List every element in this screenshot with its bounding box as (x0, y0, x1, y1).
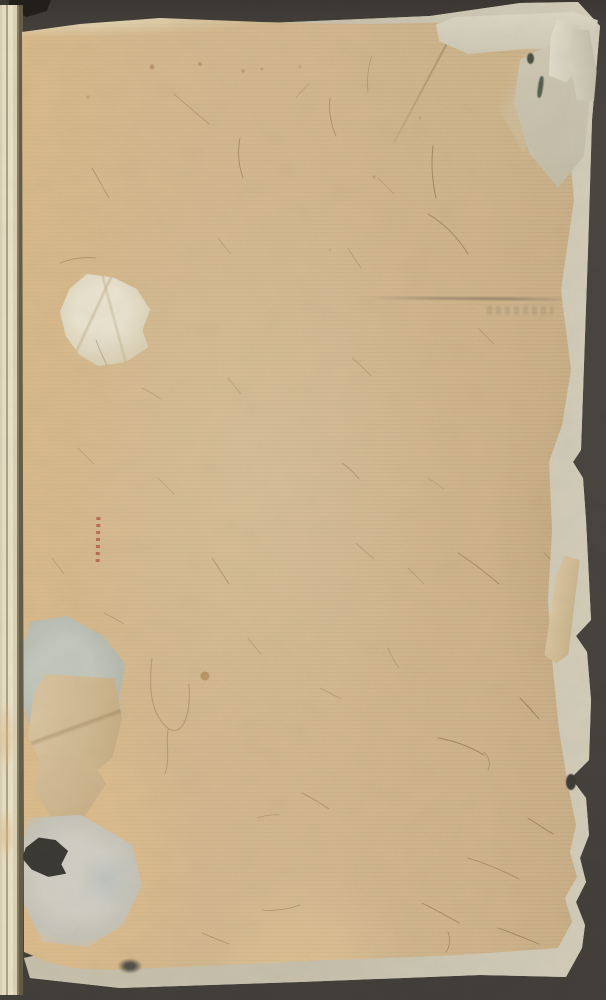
edge-stain (0, 687, 20, 787)
bottom-left-tear (20, 815, 142, 950)
bottom-edge-smudge (114, 957, 146, 977)
edge-stain (0, 800, 20, 870)
paper-repair-patch (58, 272, 154, 366)
tear-blue-tint (78, 849, 136, 913)
scan-stage (0, 0, 606, 1000)
left-tear-area (20, 608, 145, 823)
left-page-edges (0, 5, 23, 995)
worn-top-edge (22, 15, 287, 41)
right-edge-hole (566, 774, 576, 790)
ghost-text-marks (487, 306, 553, 315)
faint-offset-line (366, 296, 562, 300)
red-stamp-mark (96, 517, 101, 565)
book-page (0, 0, 606, 1000)
debris-fleck (527, 53, 534, 64)
